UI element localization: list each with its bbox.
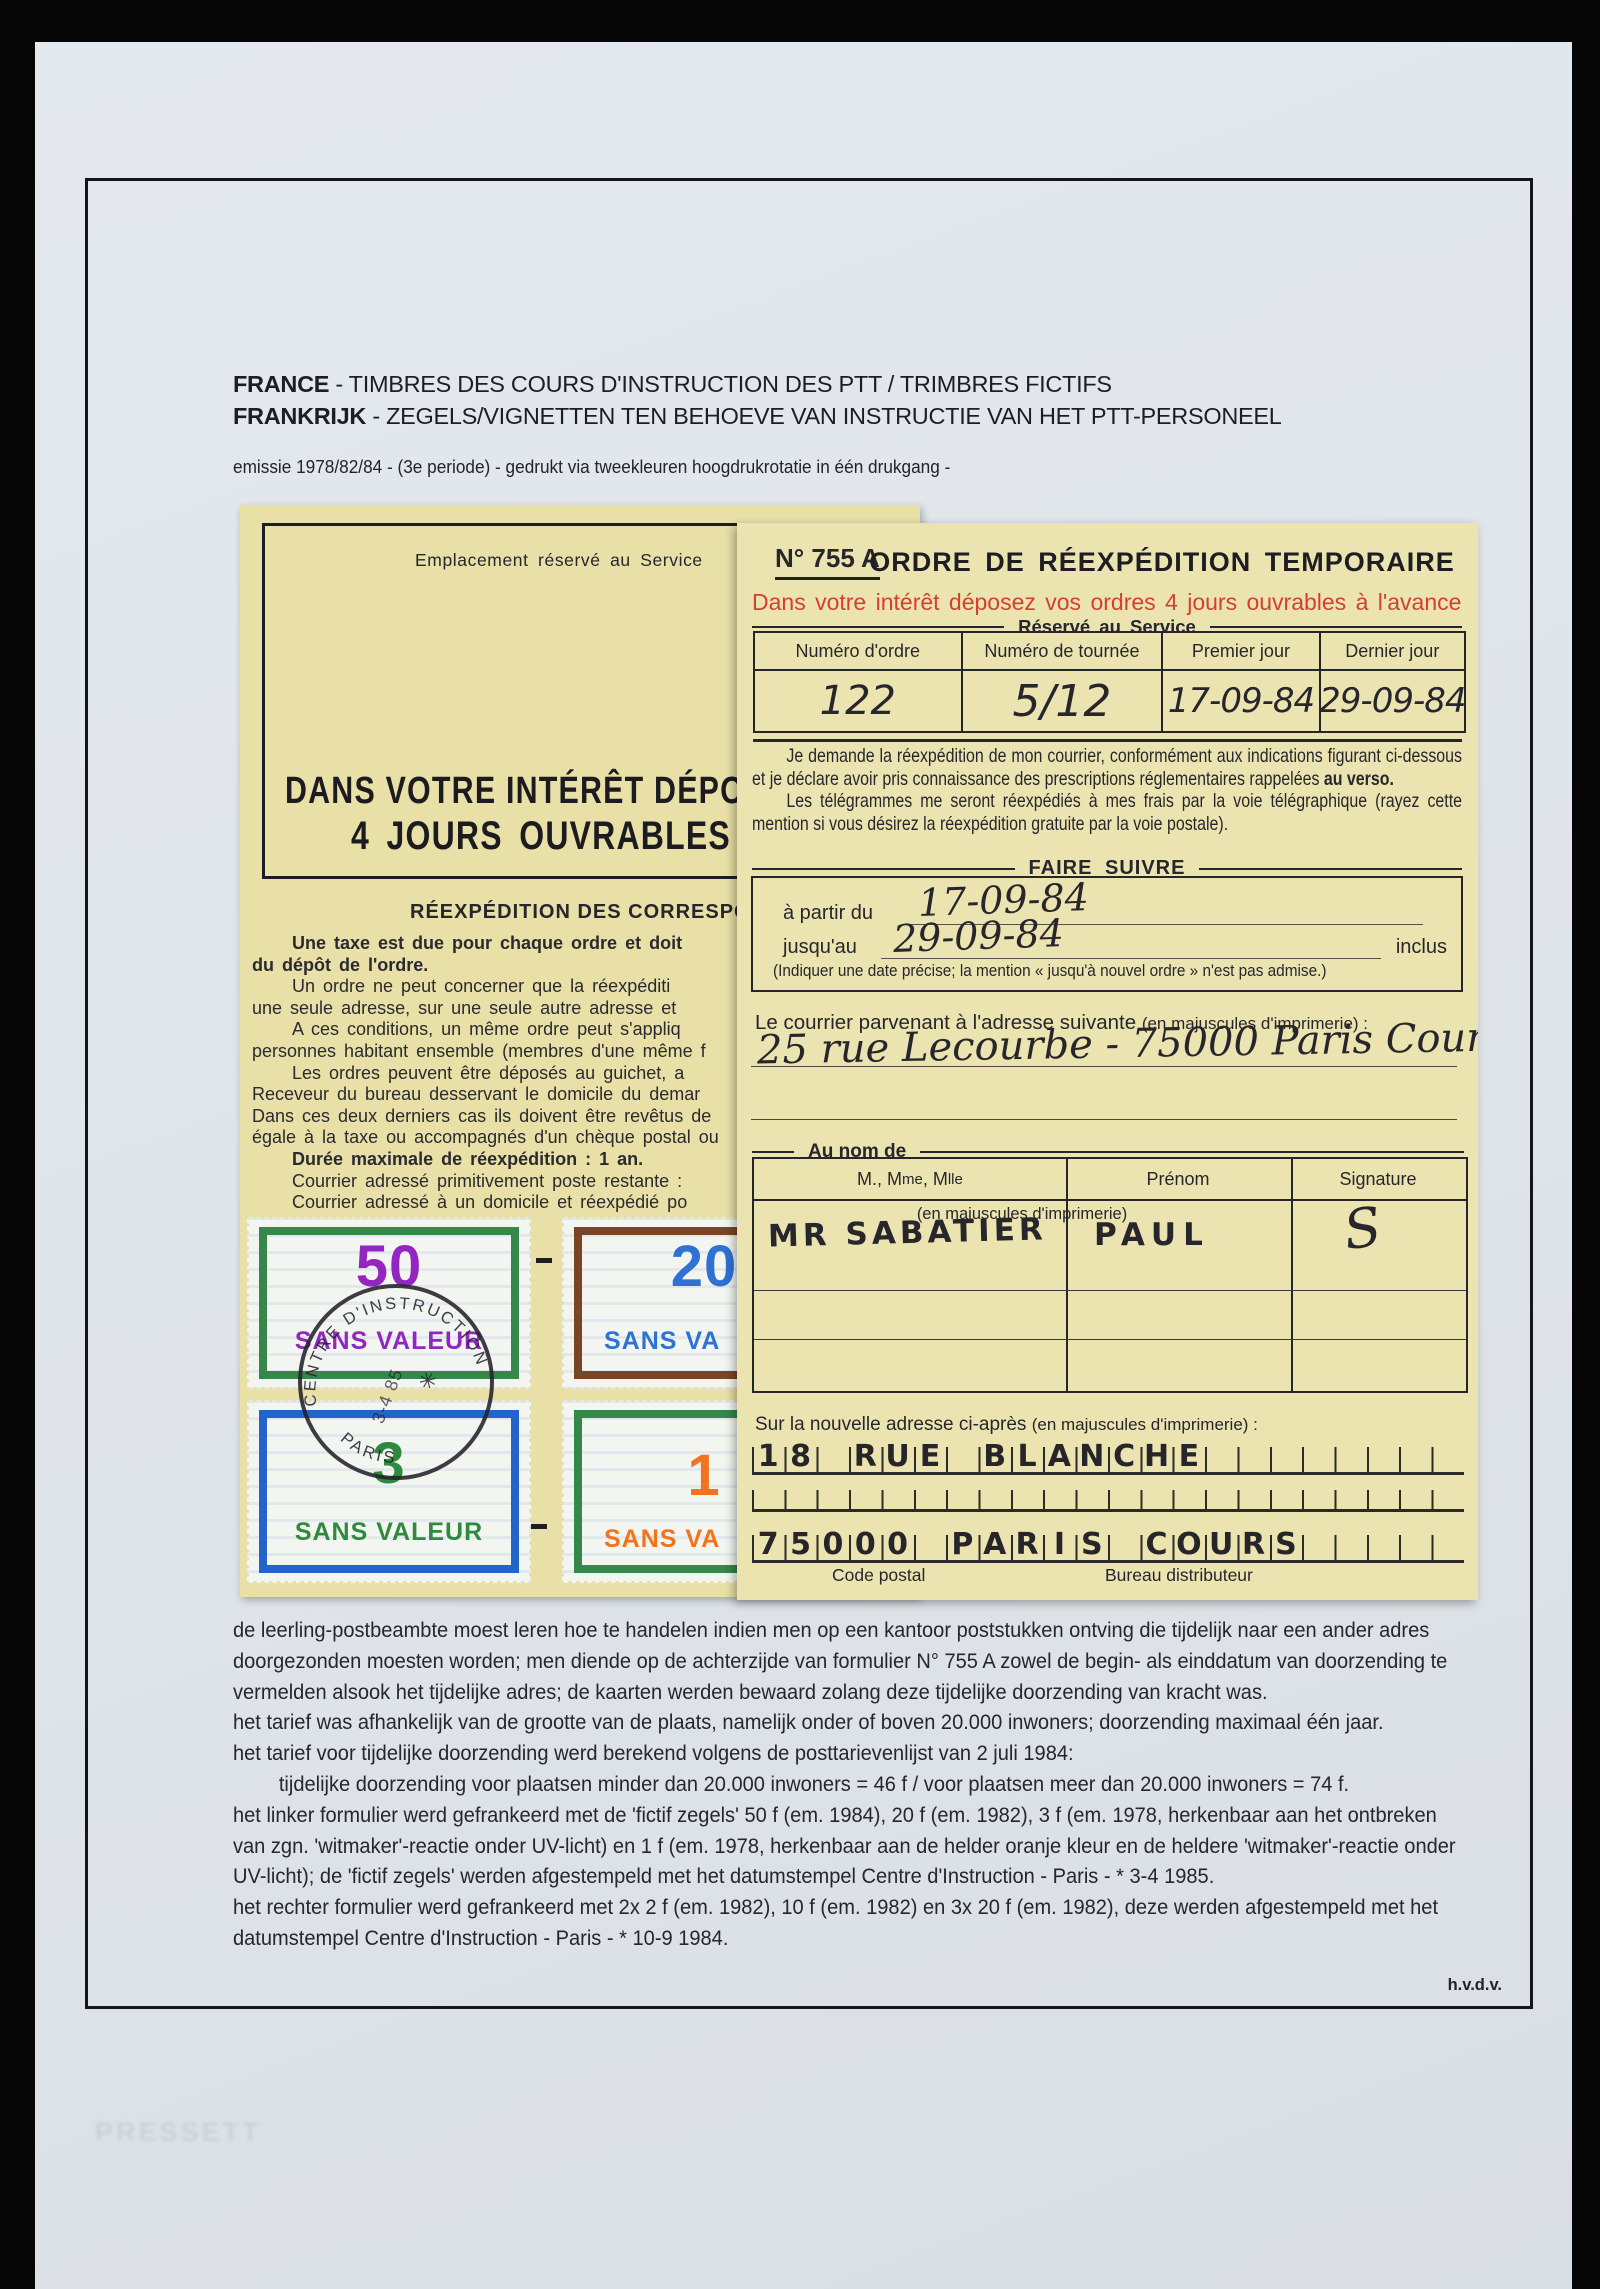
page-title: FRANCE - TIMBRES DES COURS D'INSTRUCTION… (233, 369, 1282, 432)
caption-line: van zgn. 'witmaker'-reactie onder UV-lic… (233, 1832, 1475, 1863)
embossed-watermark: PRESSETT (95, 2117, 262, 2148)
body-line: du dépôt de l'ordre. (252, 955, 719, 977)
body-line: Une taxe est due pour chaque ordre et do… (252, 933, 719, 955)
slogan-line-1: DANS VOTRE INTÉRÊT DÉPOSE (285, 770, 788, 813)
dutch-caption: de leerling-postbeambte moest leren hoe … (233, 1616, 1475, 1955)
postmark-date: 3-4 85 (368, 1366, 407, 1426)
service-table-header-row: Numéro d'ordre Numéro de tournée Premier… (755, 633, 1464, 669)
title-france-rest: - TIMBRES DES COURS D'INSTRUCTION DES PT… (329, 371, 1112, 397)
value-premier-jour: 17-09-84 (1161, 669, 1318, 731)
title-line-frankrijk: FRANKRIJK - ZEGELS/VIGNETTEN TEN BEHOEVE… (233, 401, 1282, 433)
caption-line: het rechter formulier werd gefrankeerd m… (233, 1893, 1475, 1924)
service-reserved-label: Emplacement réservé au Service (415, 550, 703, 571)
declaration-paragraphs: Je demande la réexpédition de mon courri… (752, 745, 1462, 835)
col-prenom: Prénom (1066, 1159, 1290, 1199)
civilite-part: , M (923, 1169, 948, 1190)
bureau-distributeur-label: Bureau distributeur (1105, 1565, 1253, 1586)
new-address-label-note: (en majuscules d'imprimerie) : (1032, 1415, 1258, 1434)
svg-text:PARIS: PARIS (334, 1419, 402, 1480)
body-line: Courrier adressé à un domicile et réexpé… (252, 1192, 719, 1214)
value-dernier-jour: 29-09-84 (1319, 669, 1464, 731)
body-line: Les ordres peuvent être déposés au guich… (252, 1063, 719, 1085)
body-line: A ces conditions, un même ordre peut s'a… (252, 1019, 719, 1041)
caption-line: tijdelijke doorzending voor plaatsen min… (233, 1770, 1475, 1801)
signature-script: S (1340, 1195, 1385, 1263)
stamp-sans-valeur-label: SANS VA (604, 1327, 720, 1356)
service-table-value-row: 122 5/12 17-09-84 29-09-84 (755, 669, 1464, 731)
col-numero-ordre: Numéro d'ordre (755, 633, 961, 669)
new-address-comb-line-2 (752, 1480, 1464, 1512)
postmark-star: ✳ (416, 1366, 440, 1395)
col-civilite: M., Mme, Mlle (754, 1159, 1066, 1199)
rule-line (752, 626, 1004, 628)
rule-line (752, 868, 1015, 870)
postmark-arc-bottom-text: PARIS (334, 1419, 402, 1480)
name-table-header-row: M., Mme, Mlle Prénom Signature (754, 1159, 1466, 1201)
right-form: N° 755 A ORDRE DE RÉEXPÉDITION TEMPORAIR… (737, 523, 1478, 1600)
new-address-line3-value: 75000 PARIS COURS (752, 1527, 1302, 1562)
reserve-service-table: Numéro d'ordre Numéro de tournée Premier… (753, 631, 1466, 733)
inclus-label: inclus (1396, 936, 1447, 959)
body-line: Dans ces deux derniers cas ils doivent ê… (252, 1106, 719, 1128)
rule-line (1199, 868, 1462, 870)
caption-line: het tarief voor tijdelijke doorzending w… (233, 1739, 1475, 1770)
code-postal-label: Code postal (832, 1565, 925, 1586)
title-line-france: FRANCE - TIMBRES DES COURS D'INSTRUCTION… (233, 369, 1282, 401)
red-notice: Dans votre intérêt déposez vos ordres 4 … (752, 589, 1458, 616)
address-line-1 (751, 1066, 1457, 1067)
au-verso-bold: au verso. (1324, 768, 1394, 790)
caption-line: het linker formulier werd gefrankeerd me… (233, 1801, 1475, 1832)
form-number: N° 755 A (775, 543, 880, 580)
title-france-bold: FRANCE (233, 371, 329, 397)
caption-line: de leerling-postbeambte moest leren hoe … (233, 1616, 1475, 1647)
new-address-comb-line-3: 75000 PARIS COURS (752, 1523, 1464, 1563)
caption-line: datumstempel Centre d'Instruction - Pari… (233, 1924, 1475, 1955)
left-form-section-title: RÉEXPÉDITION DES CORRESPON (410, 901, 766, 924)
firstname-value: PAUL (1094, 1217, 1210, 1253)
body-line: personnes habitant ensemble (membres d'u… (252, 1041, 719, 1063)
rule-line (920, 1151, 1464, 1153)
perforation-dash (536, 1258, 552, 1263)
table-bottom-rule (753, 739, 1462, 742)
caption-line: het tarief was afhankelijk van de groott… (233, 1708, 1475, 1739)
rule-line (1210, 626, 1462, 628)
name-table: M., Mme, Mlle Prénom Signature (en majus… (752, 1157, 1468, 1393)
jusquau-label: jusqu'au (783, 936, 857, 959)
form-title: ORDRE DE RÉEXPÉDITION TEMPORAIRE (867, 547, 1457, 578)
row-divider (754, 1339, 1466, 1340)
new-address-label-main: Sur la nouvelle adresse ci-après (755, 1414, 1032, 1435)
col-premier-jour: Premier jour (1161, 633, 1318, 669)
slogan-line-2: 4 JOURS OUVRABLES A (351, 814, 771, 859)
column-divider (1291, 1159, 1293, 1391)
col-signature: Signature (1290, 1159, 1466, 1199)
title-frankrijk-bold: FRANKRIJK (233, 403, 366, 429)
to-date-value: 29-09-84 (892, 911, 1064, 961)
rule-line (752, 1151, 794, 1153)
paragraph-telegrammes: Les télégrammes me seront réexpédiés à m… (752, 790, 1462, 835)
title-frankrijk-rest: - ZEGELS/VIGNETTEN TEN BEHOEVE VAN INSTR… (366, 403, 1281, 429)
civilite-sup: me (902, 1171, 923, 1188)
new-address-line1-value: 18 RUE BLANCHE (752, 1439, 1205, 1474)
value-numero-ordre: 122 (755, 669, 961, 731)
new-address-label: Sur la nouvelle adresse ci-après (en maj… (755, 1414, 1258, 1436)
body-line: égale à la taxe ou accompagnés d'un chèq… (252, 1127, 719, 1149)
perforation-dash (531, 1524, 547, 1529)
body-line: Receveur du bureau desservant le domicil… (252, 1084, 719, 1106)
stamp-sans-valeur-label: SANS VALEUR (247, 1518, 531, 1547)
paragraph-demande: Je demande la réexpédition de mon courri… (752, 745, 1462, 790)
address-line-2 (751, 1119, 1457, 1120)
stamp-sans-valeur-label: SANS VA (604, 1525, 720, 1554)
caption-line: vermelden alsook het tijdelijke adres; d… (233, 1678, 1475, 1709)
value-numero-tournee: 5/12 (961, 669, 1162, 731)
date-precise-note: (Indiquer une date précise; la mention «… (773, 962, 1326, 981)
caption-line: UV-licht); de 'fictif zegels' werden afg… (233, 1862, 1475, 1893)
left-form-body-text: Une taxe est due pour chaque ordre et do… (252, 933, 719, 1214)
caption-line: doorgezonden moesten worden; men diende … (233, 1647, 1475, 1678)
civilite-part: M., M (857, 1169, 902, 1190)
a-partir-du-label: à partir du (783, 902, 873, 925)
body-line: une seule adresse, sur une seule autre a… (252, 998, 719, 1020)
faire-suivre-box: à partir du 17-09-84 jusqu'au 29-09-84 i… (751, 876, 1463, 992)
body-line: Courrier adressé primitivement poste res… (252, 1171, 719, 1193)
civilite-sup: lle (948, 1171, 963, 1188)
col-numero-tournee: Numéro de tournée (961, 633, 1162, 669)
body-line: Durée maximale de réexpédition : 1 an. (252, 1149, 719, 1171)
body-line: Un ordre ne peut concerner que la réexpé… (252, 976, 719, 998)
column-divider (1066, 1159, 1068, 1391)
collector-credit: h.v.d.v. (1390, 1976, 1502, 1995)
comb-baseline (752, 1509, 1464, 1512)
new-address-comb-line-1: 18 RUE BLANCHE (752, 1435, 1464, 1475)
row-divider (754, 1290, 1466, 1291)
col-dernier-jour: Dernier jour (1319, 633, 1464, 669)
emission-note: emissie 1978/82/84 - (3e periode) - gedr… (233, 456, 950, 478)
name-value: MR SABATIER (768, 1211, 1048, 1254)
